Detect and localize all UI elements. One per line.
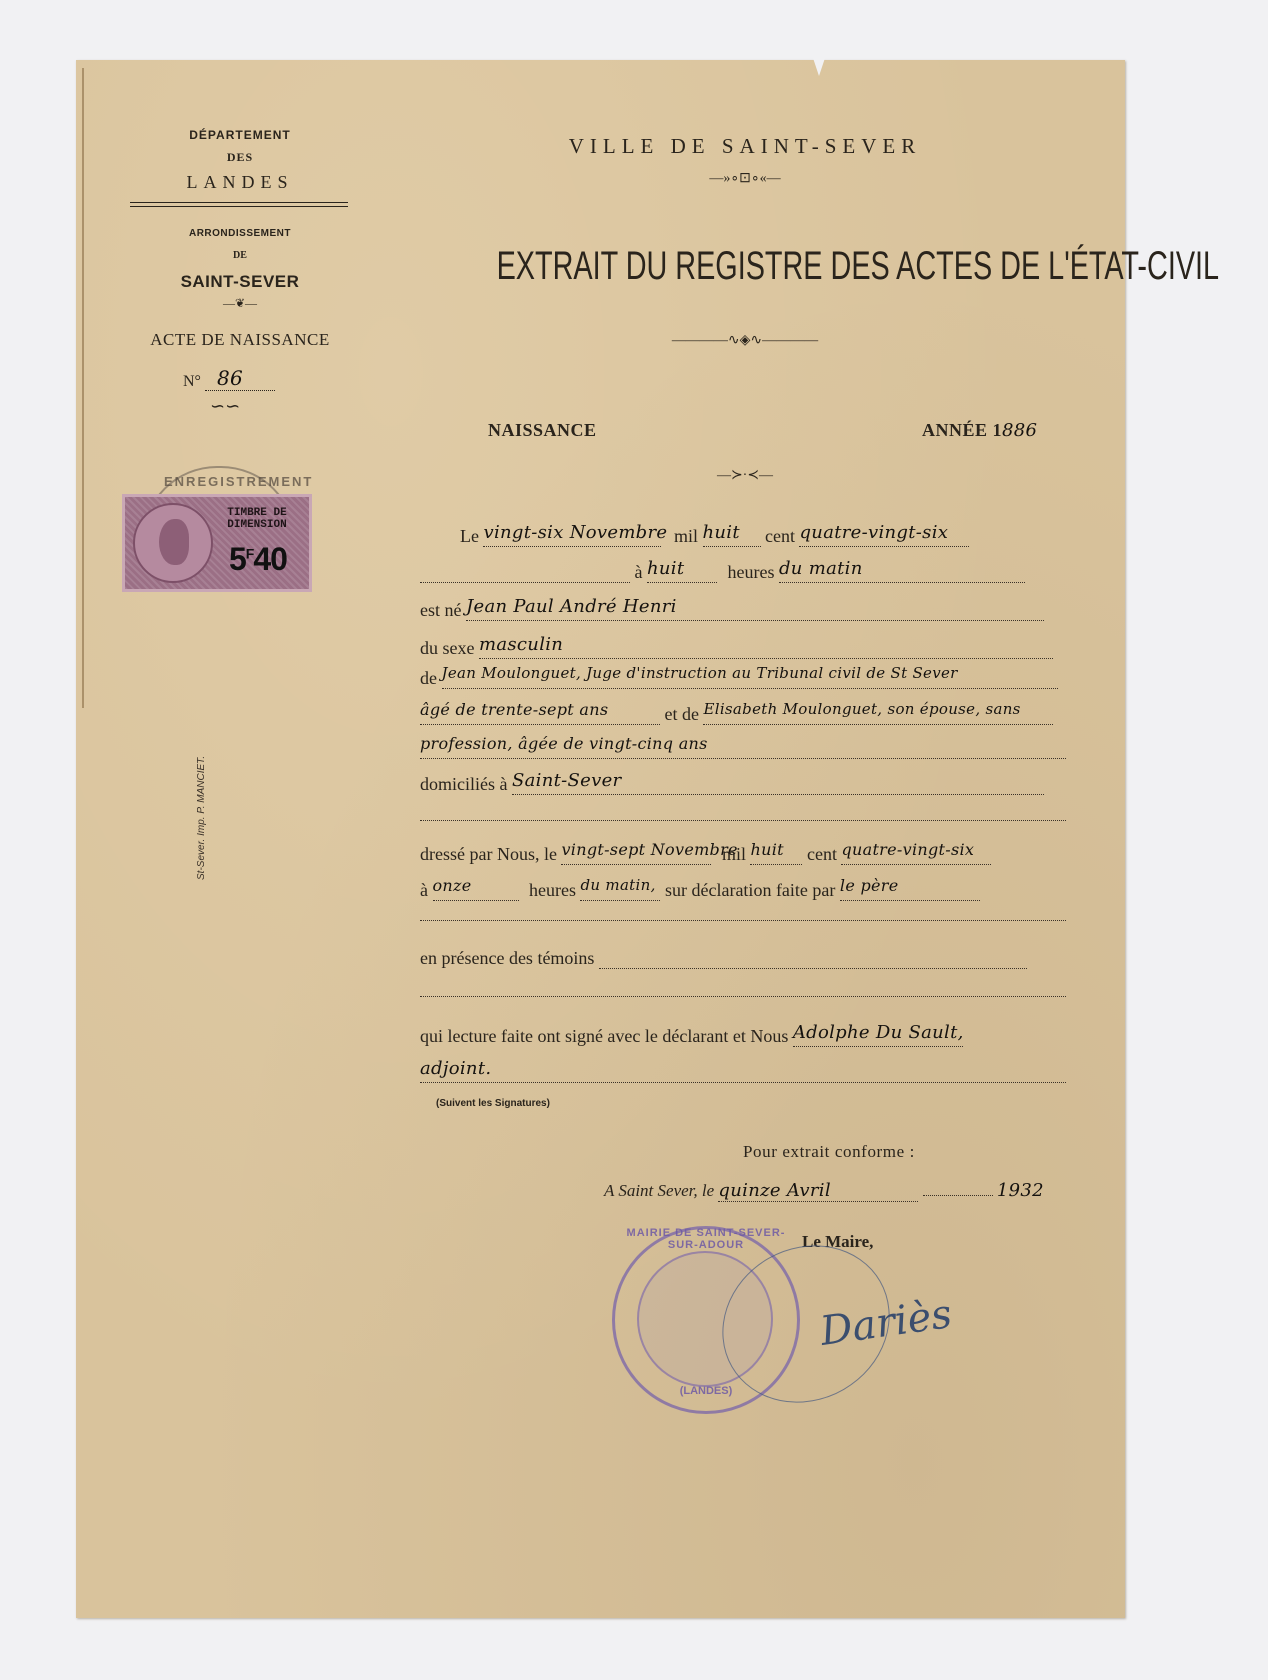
acte-de-naissance-label: ACTE DE NAISSANCE (130, 330, 350, 350)
de-label: DE (130, 250, 350, 261)
paper-tear (813, 58, 825, 76)
child-name: Jean Paul André Henri (466, 596, 1044, 621)
landes-label: LANDES (130, 172, 350, 193)
marianne-medallion-icon (133, 503, 213, 583)
drafted-date-line: dressé par Nous, le vingt-sept Novembre … (420, 840, 1066, 868)
arrondissement-label: ARRONDISSEMENT (130, 228, 350, 239)
numero-label: N° (183, 373, 201, 390)
document-title: EXTRAIT DU REGISTRE DES ACTES DE L'ÉTAT-… (497, 244, 994, 289)
ornament-icon: ————∿◈∿———— (400, 332, 1090, 349)
mother-profession-line: profession, âgée de vingt-cinq ans (420, 734, 1066, 762)
des-label: DES (130, 150, 350, 165)
ornament-icon: —❦— (130, 296, 350, 311)
issue-day-month: quinze Avril (718, 1180, 918, 1202)
certified-extract-label: Pour extrait conforme : (743, 1142, 915, 1162)
saint-sever-label: SAINT-SEVER (130, 272, 350, 292)
birth-day-month: vingt-six Novembre (483, 522, 661, 547)
fiscal-stamp-title: TIMBRE DE DIMENSION (211, 507, 303, 531)
officer-title-line: adjoint. (420, 1058, 1066, 1086)
fiscal-stamp-value: 5F40 (229, 541, 287, 578)
numero-value: 86 (217, 366, 243, 390)
blank-line (420, 820, 1066, 821)
declaration-line: à onze heures du matin, sur déclaration … (420, 876, 1066, 904)
signatories-line: qui lecture faite ont signé avec le décl… (420, 1022, 1066, 1050)
issue-date-line: A Saint Sever, le quinze Avril 1932 (604, 1180, 1064, 1202)
document-page (76, 60, 1125, 1618)
sex-line: du sexe masculin (420, 634, 1066, 662)
father-line: de Jean Moulonguet, Juge d'instruction a… (420, 664, 1066, 692)
domicile-line: domiciliés à Saint-Sever (420, 770, 1066, 798)
ornament-icon: —»∘⊡∘«— (400, 170, 1090, 187)
fiscal-stamp: TIMBRE DE DIMENSION 5F40 (122, 494, 312, 592)
birth-date-line: Le vingt-six Novembre mil huit cent quat… (460, 522, 1066, 550)
birth-time-line: à huit heures du matin (420, 558, 1066, 586)
printer-imprint: St-Sever. Imp. P. MANCIET. (196, 756, 207, 880)
acte-number: N° 86 (183, 366, 275, 391)
departement-label: DÉPARTEMENT (130, 128, 350, 142)
blank-line (420, 920, 1066, 921)
ornament-icon: —≻·≺— (400, 467, 1090, 484)
signatures-note: (Suivent les Signatures) (436, 1098, 550, 1109)
ville-title: VILLE DE SAINT-SEVER (400, 134, 1090, 159)
double-rule (130, 202, 348, 207)
section-label: NAISSANCE (488, 420, 597, 441)
annee-field: ANNÉE 1886 (922, 420, 1037, 441)
father-age-mother-line: âgé de trente-sept ans et de Elisabeth M… (420, 700, 1066, 728)
child-name-line: est né Jean Paul André Henri (420, 596, 1066, 624)
blank-line (420, 996, 1066, 997)
fold-mark (82, 68, 84, 708)
curl-ornament-icon: ∽∽ (210, 396, 240, 417)
witnesses-line: en présence des témoins (420, 944, 1066, 972)
issue-year: 1932 (997, 1180, 1044, 1201)
officer-name: Adolphe Du Sault, (793, 1022, 963, 1047)
